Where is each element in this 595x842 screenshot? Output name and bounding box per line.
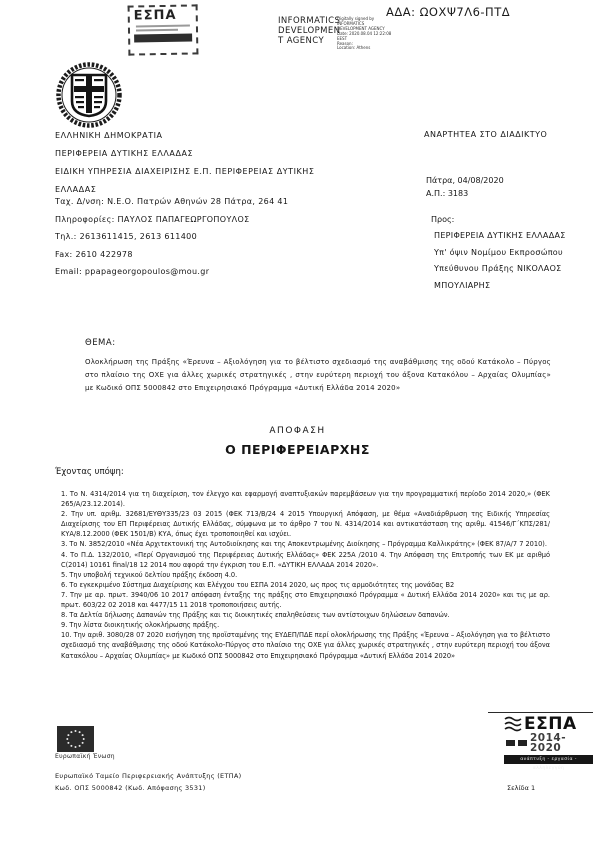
eu-flag-mini-icon <box>518 740 527 746</box>
decision-heading: ΑΠΟΦΑΣΗ <box>0 426 595 436</box>
recipient-line: Υπ' όψιν Νομίμου Εκπροσώπου <box>434 245 584 262</box>
stamp-decorative-line <box>136 25 190 28</box>
legal-basis-item: 10. Την αριθ. 3080/28 07 2020 εισήγηση τ… <box>61 630 550 660</box>
having-regard-label: Έχοντας υπόψη: <box>55 467 124 477</box>
legal-basis-item: 4. Το Π.Δ. 132/2010, «Περί Οργανισμού τη… <box>61 550 550 570</box>
subject-label: ΘΕΜΑ: <box>85 338 116 348</box>
stamp-decorative-line <box>136 29 178 32</box>
eu-flag-caption: Ευρωπαϊκή Ένωση <box>55 753 115 760</box>
greek-flag-icon <box>506 740 515 746</box>
ops-code-line: Κωδ. ΟΠΣ 5000842 (Κωδ. Απόφασης 3531) <box>55 784 206 792</box>
sender-organization-line: ΠΕΡΙΦΕΡΕΙΑ ΔΥΤΙΚΗΣ ΕΛΛΑΔΑΣ <box>55 145 395 163</box>
sender-contact-line: Fax: 2610 422978 <box>55 246 395 264</box>
legal-basis-item: 8. Τα Δελτία δήλωσης Δαπανών της Πράξης … <box>61 610 550 620</box>
legal-basis-item: 2. Την υπ. αριθμ. 32681/ΕΥΘΥ335/23 03 20… <box>61 509 550 539</box>
legal-basis-item: 9. Την λίστα διοικητικής ολοκλήρωσης πρά… <box>61 620 550 630</box>
sender-organization-line: ΕΙΔΙΚΗ ΥΠΗΡΕΣΙΑ ΔΙΑΧΕΙΡΙΣΗΣ Ε.Π. ΠΕΡΙΦΕΡ… <box>55 163 395 181</box>
signing-agency-line: T AGENCY <box>278 36 340 46</box>
digital-signature-details: Digitally signed byINFORMATICSDEVELOPMEN… <box>337 17 407 51</box>
subject-text: Ολοκλήρωση της Πράξης «Έρευνα – Αξιολόγη… <box>85 356 551 394</box>
sender-contact-line: Ταχ. Δ/νση: Ν.Ε.Ο. Πατρών Αθηνών 28 Πάτρ… <box>55 193 395 211</box>
city-date: Πάτρα, 04/08/2020 <box>426 176 504 185</box>
protocol-number: Α.Π.: 3183 <box>426 189 468 198</box>
greek-coat-of-arms-icon <box>56 62 122 128</box>
signing-agency-line: DEVELOPMEN <box>278 26 340 36</box>
recipient-line: ΜΠΟΥΛΙΑΡΗΣ <box>434 278 584 295</box>
page-number: Σελίδα 1 <box>507 784 535 792</box>
ada-code: ΑΔΑ: ΩΟΧΨ7Λ6-ΠΤΔ <box>386 5 510 19</box>
publish-note: ΑΝΑΡΤΗΤΕΑ ΣΤΟ ΔΙΑΔΙΚΤΥΟ <box>424 130 547 139</box>
espa-logo-name: ΕΣΠΑ <box>524 716 577 732</box>
to-label: Προς: <box>431 215 454 224</box>
espa-stamp-title: ΕΣΠΑ <box>134 8 192 23</box>
legal-basis-item: 5. Την υποβολή τεχνικού δελτίου πράξης έ… <box>61 570 550 580</box>
sender-contact-line: Τηλ.: 2613611415, 2613 611400 <box>55 228 395 246</box>
espa-waves-icon <box>504 716 522 732</box>
footer-rule <box>488 712 593 713</box>
espa-logo-years: 2014-2020 <box>530 733 593 753</box>
recipient-line: ΠΕΡΙΦΕΡΕΙΑ ΔΥΤΙΚΗΣ ΕΛΛΑΔΑΣ <box>434 228 584 245</box>
sender-organization-line: ΕΛΛΗΝΙΚΗ ΔΗΜΟΚΡΑΤΙΑ <box>55 127 395 145</box>
legal-basis-item: 3. Το Ν. 3852/2010 «Νέα Αρχιτεκτονική τη… <box>61 539 550 549</box>
signing-agency-line: INFORMATICS <box>278 16 340 26</box>
recipient-line: Υπεύθυνου Πράξης ΝΙΚΟΛΑΟΣ <box>434 261 584 278</box>
legal-basis-item: 6. Το εγκεκριμένο Σύστημα Διαχείρισης κα… <box>61 580 550 590</box>
signing-agency-name: INFORMATICSDEVELOPMENT AGENCY <box>278 16 340 46</box>
stamp-dark-bar <box>134 33 192 42</box>
erdf-fund-line: Ευρωπαϊκό Ταμείο Περιφερειακής Ανάπτυξης… <box>55 772 242 780</box>
eu-flag-icon <box>57 726 94 752</box>
sender-contact-line: Email: ppapageorgopoulos@mou.gr <box>55 263 395 281</box>
sender-contact-info: Ταχ. Δ/νση: Ν.Ε.Ο. Πατρών Αθηνών 28 Πάτρ… <box>55 193 395 281</box>
document-page: ΕΣΠΑ INFORMATICSDEVELOPMENT AGENCY Digit… <box>0 0 595 842</box>
digital-signature-line: Location: Athens <box>337 46 407 51</box>
legal-basis-item: 7. Την με αρ. πρωτ. 3940/06 10 2017 απόφ… <box>61 590 550 610</box>
legal-basis-item: 1. Το Ν. 4314/2014 για τη διαχείριση, το… <box>61 489 550 509</box>
legal-basis-list: 1. Το Ν. 4314/2014 για τη διαχείριση, το… <box>61 489 550 661</box>
governor-heading: Ο ΠΕΡΙΦΕΡΕΙΑΡΧΗΣ <box>0 442 595 457</box>
sender-organization: ΕΛΛΗΝΙΚΗ ΔΗΜΟΚΡΑΤΙΑΠΕΡΙΦΕΡΕΙΑ ΔΥΤΙΚΗΣ ΕΛ… <box>55 127 395 199</box>
sender-contact-line: Πληροφορίες: ΠΑΥΛΟΣ ΠΑΠΑΓΕΩΡΓΟΠΟΥΛΟΣ <box>55 211 395 229</box>
espa-2014-2020-logo: ΕΣΠΑ 2014-2020 ανάπτυξη - εργασία - αλλη… <box>504 716 593 764</box>
recipient-block: ΠΕΡΙΦΕΡΕΙΑ ΔΥΤΙΚΗΣ ΕΛΛΑΔΑΣΥπ' όψιν Νομίμ… <box>434 228 584 294</box>
espa-logo-tagline: ανάπτυξη - εργασία - αλληλεγγύη <box>504 755 593 764</box>
espa-stamp-icon: ΕΣΠΑ <box>128 4 199 55</box>
